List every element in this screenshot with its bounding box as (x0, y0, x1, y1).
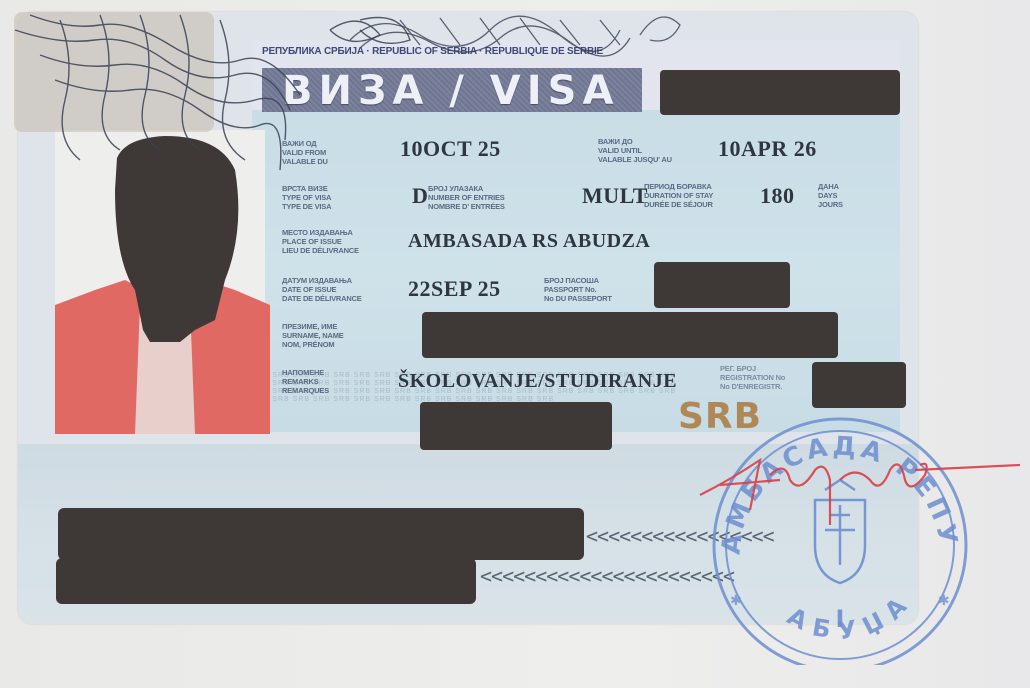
label-name: ПРЕЗИМЕ, ИМЕ SURNAME, NAME NOM, PRÉNOM (282, 322, 344, 349)
stamp-bottom-text: АБУЏА (783, 585, 919, 645)
value-valid-until: 10APR 26 (718, 136, 817, 162)
label-duration-of-stay: ПЕРИОД БОРАВКА DURATION OF STAY DURÉE DE… (644, 182, 713, 209)
stamp-center-mark: I (836, 605, 845, 633)
label-days-unit: ДАНА DAYS JOURS (818, 182, 843, 209)
redaction-remarks-extra (420, 402, 612, 450)
redaction-name (422, 312, 838, 358)
label-valid-until: ВАЖИ ДО VALID UNTIL VALABLE JUSQU' AU (598, 137, 672, 164)
consular-signature (690, 440, 1030, 530)
redaction-passport-number (654, 262, 790, 308)
value-type-of-visa: D (412, 183, 428, 209)
value-date-of-issue: 22SEP 25 (408, 276, 501, 302)
redaction-mrz-line2 (56, 558, 476, 604)
value-number-of-entries: MULT (582, 183, 648, 209)
value-valid-from: 10OCT 25 (400, 136, 501, 162)
value-place-of-issue: AMBASADA RS ABUDZA (408, 230, 650, 253)
svg-text:✱: ✱ (938, 594, 950, 609)
label-valid-from: ВАЖИ ОД VALID FROM VALABLE DU (282, 139, 328, 166)
label-number-of-entries: БРОЈ УЛАЗАКА NUMBER OF ENTRIES NOMBRE D'… (428, 184, 505, 211)
redaction-visa-number (660, 70, 900, 115)
redaction-mrz-line1 (58, 508, 584, 560)
label-reg-number: РЕГ. БРОЈ REGISTRATION No No D'ENREGISTR… (720, 364, 785, 391)
label-passport-number: БРОЈ ПАСОША PASSPORT No. No DU PASSEPORT (544, 276, 612, 303)
label-remarks: НАПОМЕНЕ REMARKS REMARQUES (282, 368, 329, 395)
label-place-of-issue: МЕСТО ИЗДАВАЊА PLACE OF ISSUE LIEU DE DÉ… (282, 228, 359, 255)
label-type-of-visa: ВРСТА ВИЗЕ TYPE OF VISA TYPE DE VISA (282, 184, 331, 211)
svg-text:✱: ✱ (730, 594, 742, 609)
value-duration-of-stay: 180 (760, 183, 795, 209)
value-remarks: ŠKOLOVANJE/STUDIRANJE (398, 370, 677, 393)
guilloche-header (0, 0, 700, 70)
redaction-reg-number (812, 362, 906, 408)
label-date-of-issue: ДАТУМ ИЗДАВАЊА DATE OF ISSUE DATE DE DÉL… (282, 276, 362, 303)
svg-text:АБУЏА: АБУЏА (783, 585, 919, 645)
